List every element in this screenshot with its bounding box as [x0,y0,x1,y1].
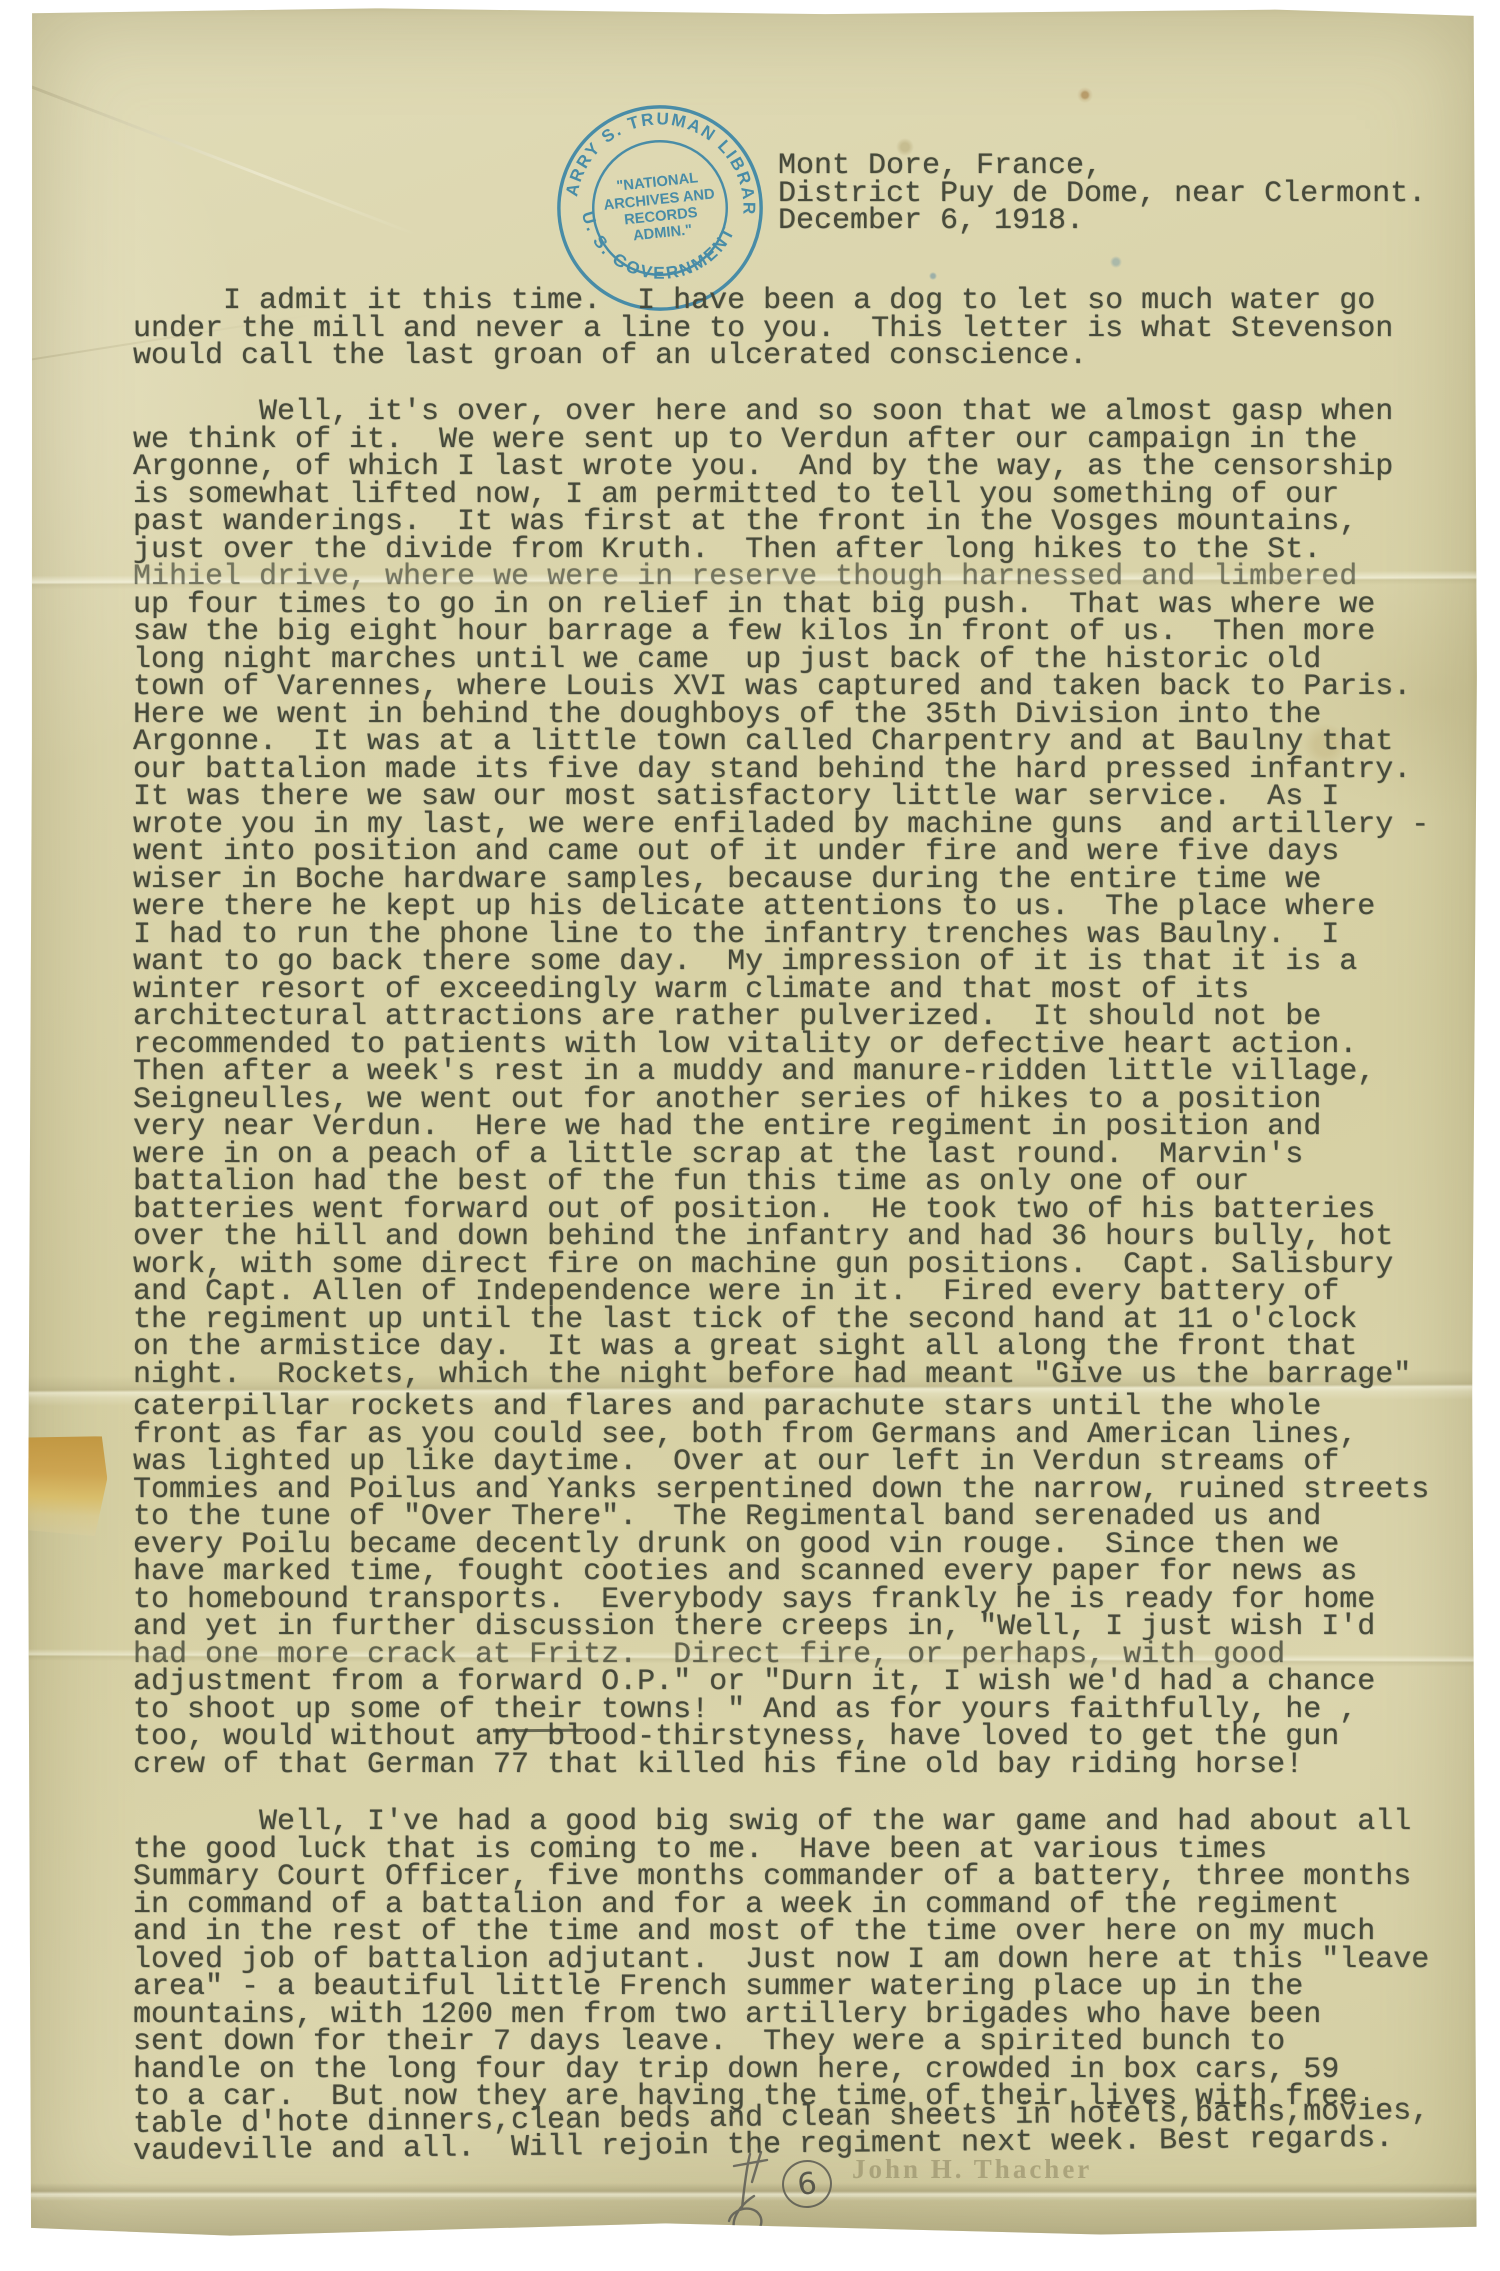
para2b: caterpillar rockets and flares and parac… [133,1394,1429,1779]
tape-residue [19,1434,108,1537]
typed-line: Mihiel drive, where we were in reserve t… [133,564,1429,592]
dateline: Mont Dore, France,District Puy de Dome, … [778,149,1426,232]
fold-crease [17,80,420,237]
typed-line: had one more crack at Fritz. Direct fire… [133,1642,1429,1670]
scanned-letter-page: HARRY S. TRUMAN LIBRARY U. S. GOVERNMENT… [0,0,1500,2271]
typed-line: would call the last groan of an ulcerate… [133,343,1393,371]
typed-line: Mont Dore, France, [778,149,1426,177]
typed-line: crew of that German 77 that killed his f… [133,1752,1429,1780]
typed-line: District Puy de Dome, near Clermont. [778,177,1426,205]
letter-paper: HARRY S. TRUMAN LIBRARY U. S. GOVERNMENT… [27,7,1478,2239]
para2a: Well, it's over, over here and so soon t… [133,399,1429,1389]
para1: I admit it this time. I have been a dog … [133,288,1393,371]
typed-line: night. Rockets, which the night before h… [133,1362,1429,1390]
pencil-scribble [720,2150,780,2242]
page-number: 6 [795,2165,819,2202]
para3: Well, I've had a good big swig of the wa… [133,1809,1429,2167]
name-stamp: John H. Thacher [852,2154,1092,2185]
typed-underline [493,1729,586,1733]
